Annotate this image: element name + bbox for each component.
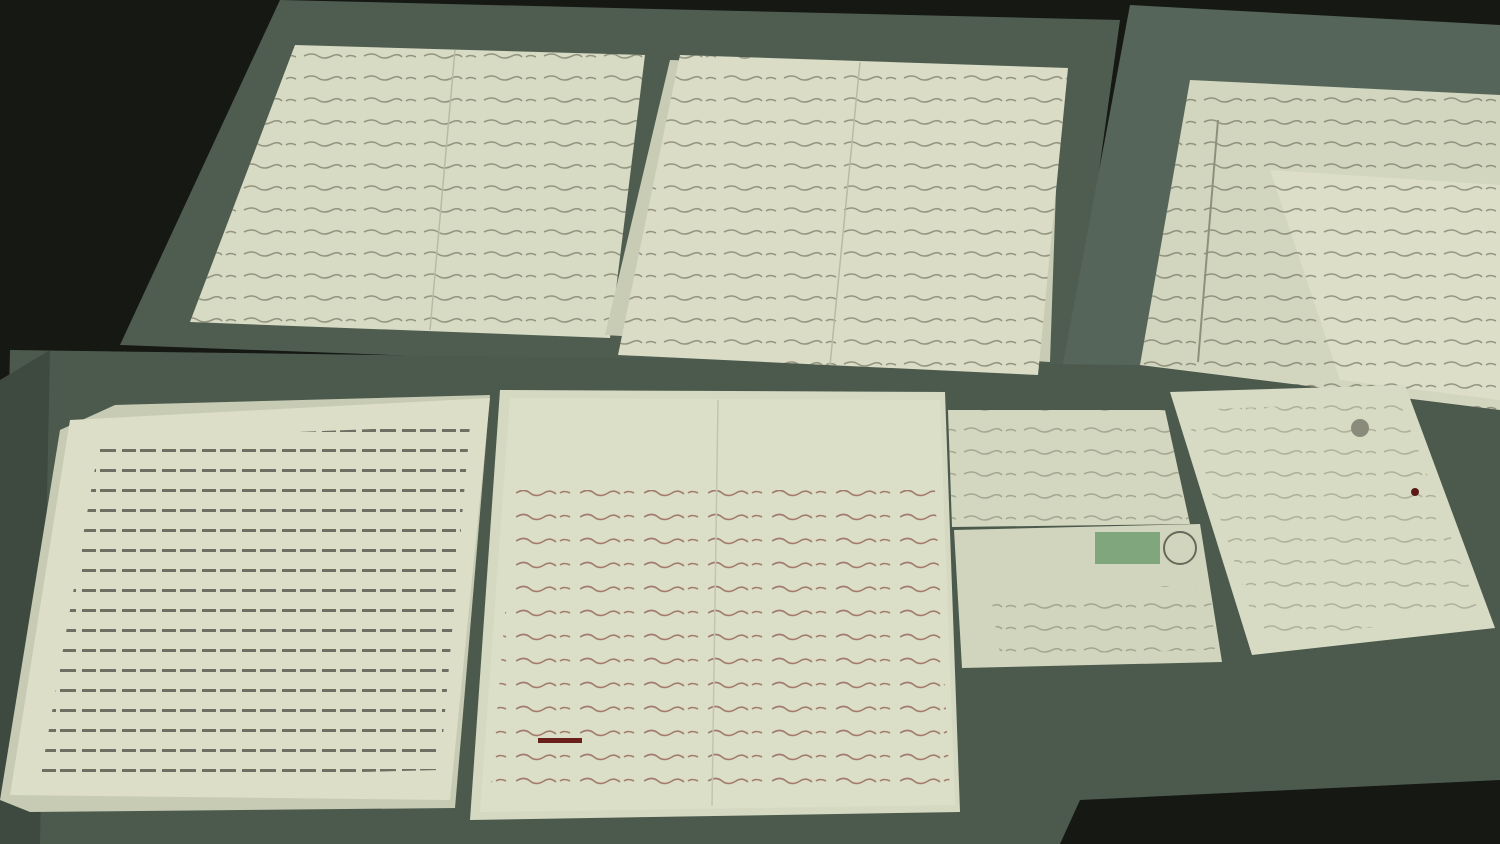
envelope-back (948, 410, 1190, 527)
postage-stamp (1095, 532, 1160, 564)
letter-handwritten-2 (605, 55, 1068, 375)
envelope-stamped (954, 524, 1222, 668)
letter-red-ink (470, 390, 960, 820)
document-photo (0, 0, 1500, 844)
typed-document (0, 395, 490, 812)
letter-handwritten-3 (1140, 80, 1500, 410)
photo-scene: Photograph of historical handwritten and… (0, 0, 1500, 844)
